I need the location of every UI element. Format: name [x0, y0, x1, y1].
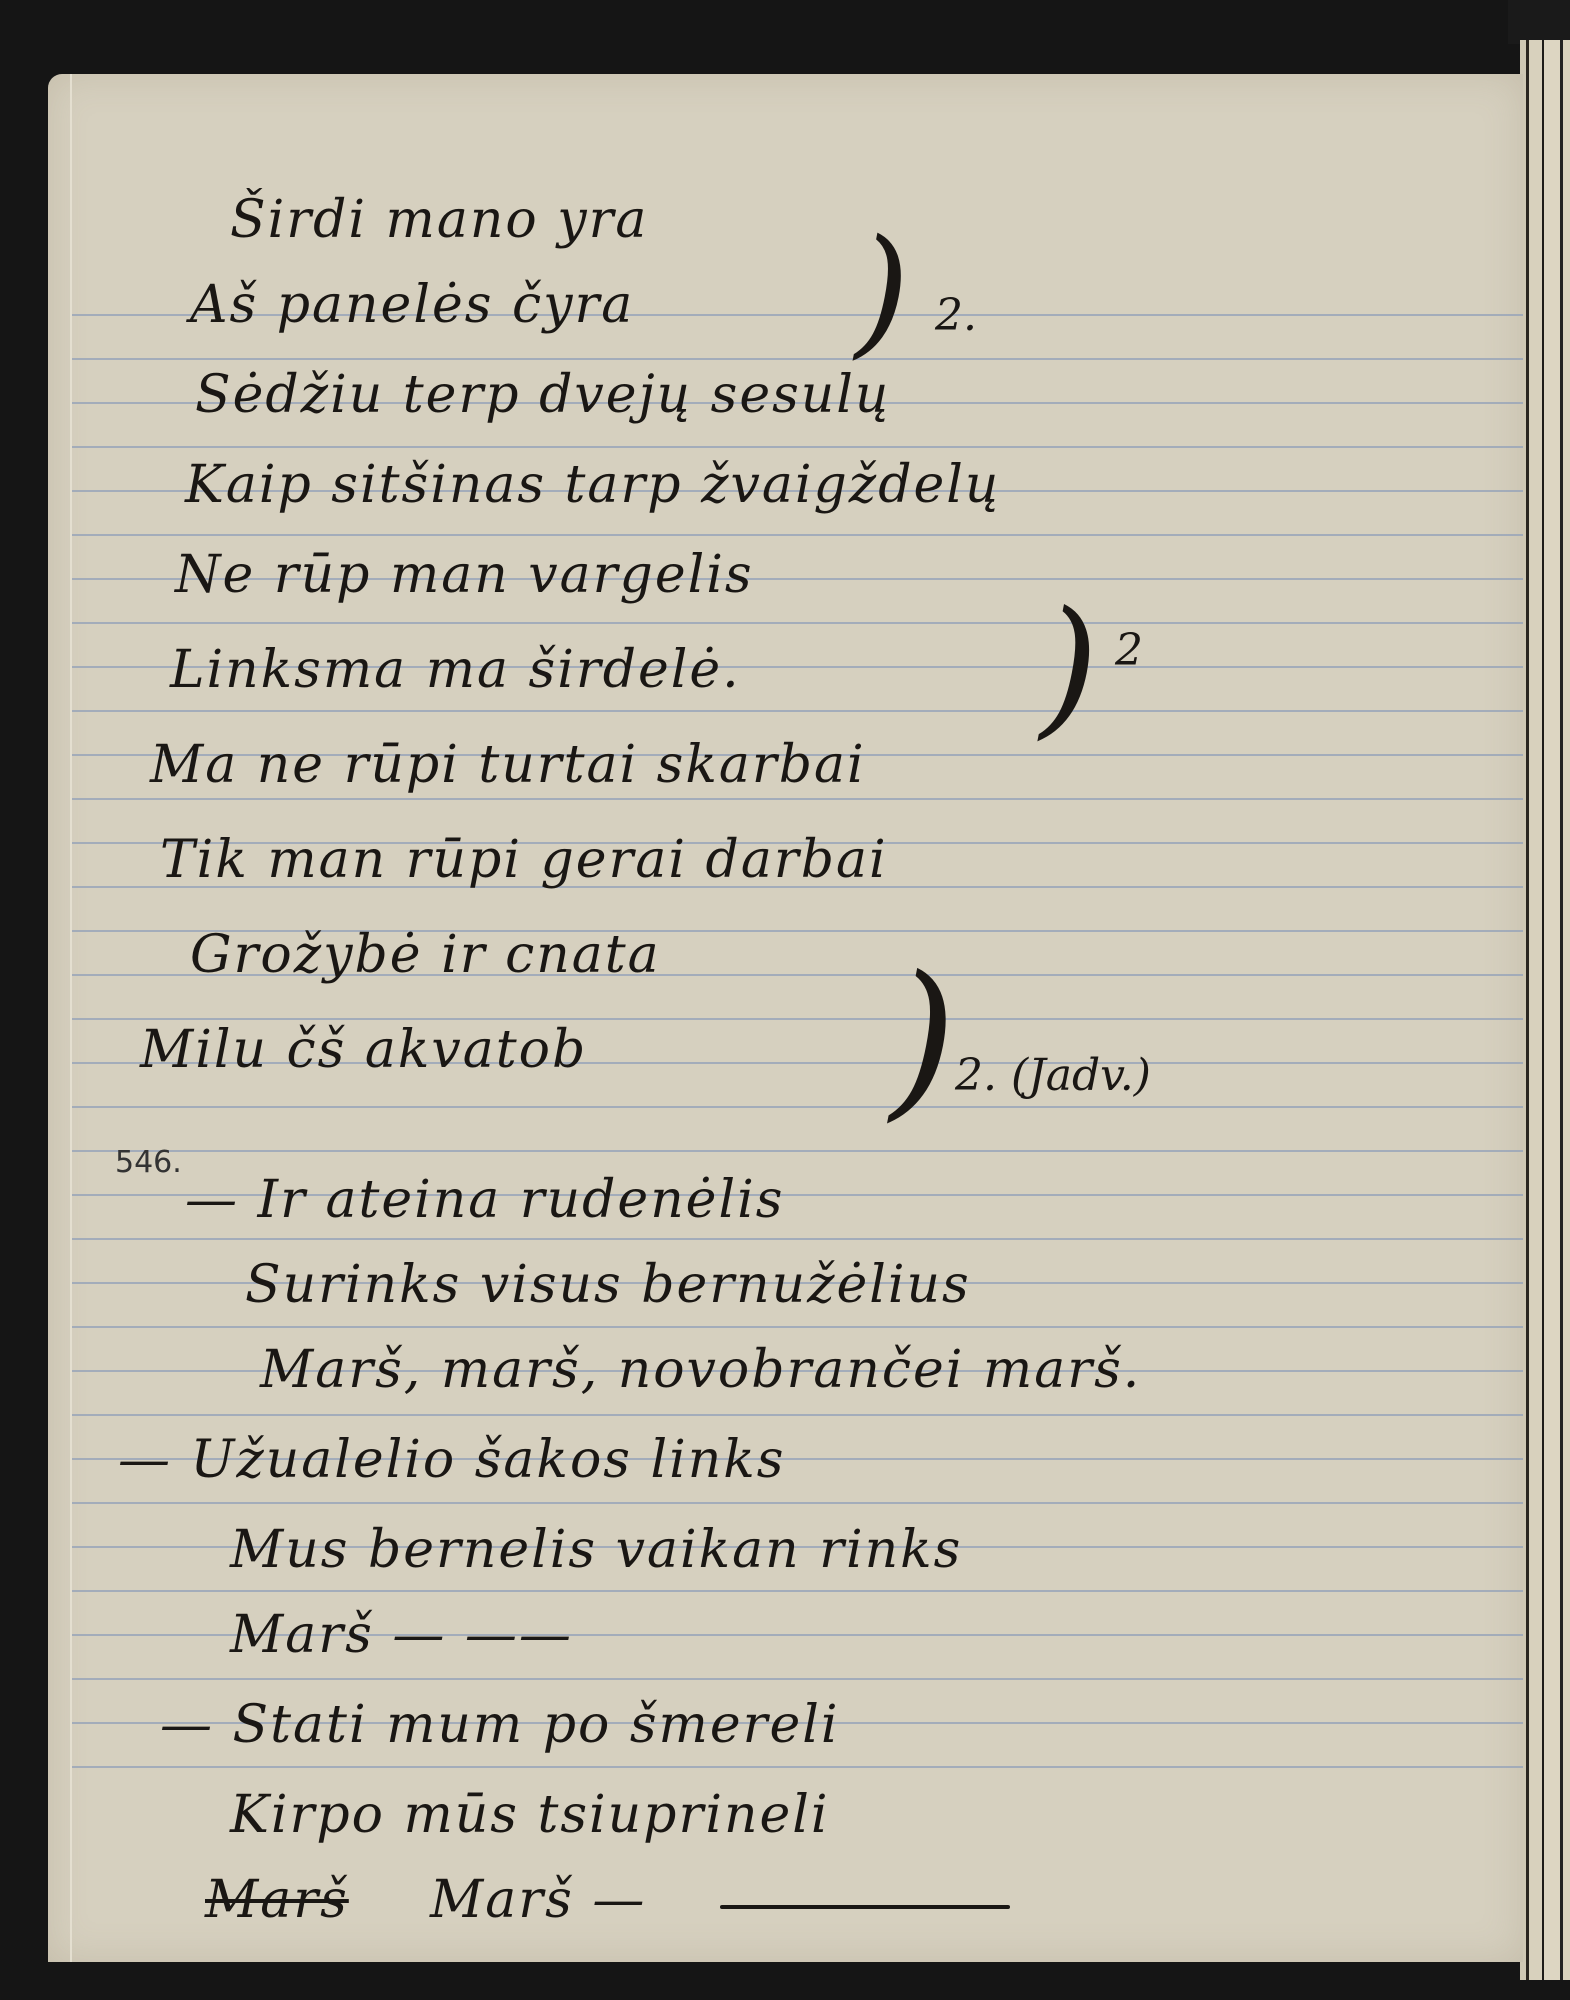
rule-line [72, 1414, 1523, 1416]
rule-line [72, 1590, 1523, 1592]
song2-line-7: — Stati mum po šmereli [160, 1695, 840, 1755]
song2-line-5: Mus bernelis vaikan rinks [230, 1520, 962, 1580]
rule-line [72, 710, 1523, 712]
notebook-page [48, 74, 1523, 1962]
song1-line-7: Ma ne rūpi turtai skarbai [150, 735, 866, 795]
rule-line [72, 1326, 1523, 1328]
rule-line [72, 446, 1523, 448]
rule-line [72, 1502, 1523, 1504]
binding-top [1508, 0, 1570, 44]
repeat-mark: 2. [935, 290, 977, 341]
song2-line-2: Surinks visus bernužėlius [245, 1255, 971, 1315]
rule-line [72, 534, 1523, 536]
song1-line-6: Linksma ma širdelė. [170, 640, 741, 700]
song-number: 546. [115, 1145, 182, 1180]
song1-line-8: Tik man rūpi gerai darbai [160, 830, 888, 890]
repeat-bracket: ) [890, 940, 956, 1138]
rule-line [72, 1766, 1523, 1768]
struck-word: Marš [205, 1870, 349, 1930]
song1-line-4: Kaip sitšinas tarp žvaigždelų [185, 455, 1000, 515]
notebook-spine [1520, 40, 1570, 1980]
song2-line-3: Marš, marš, novobrančei marš. [260, 1340, 1141, 1400]
song2-line-8: Kirpo mūs tsiuprineli [230, 1785, 829, 1845]
rule-line [72, 358, 1523, 360]
song2-line-1: — Ir ateina rudenėlis [185, 1170, 784, 1230]
song1-line-5: Ne rūp man vargelis [175, 545, 754, 605]
song2-line-4: — Užualelio šakos links [118, 1430, 785, 1490]
song1-line-3: Sėdžiu terp dvejų sesulų [195, 365, 890, 425]
song1-line-1: Širdi mano yra [230, 190, 648, 250]
rule-line [72, 1678, 1523, 1680]
song1-line-2: Aš panelės čyra [190, 275, 634, 335]
rule-line [72, 798, 1523, 800]
rule-line [72, 1238, 1523, 1240]
repeat-bracket: ) [1040, 580, 1099, 754]
song2-line-9: Marš — [430, 1870, 646, 1930]
repeat-mark: 2 [1115, 625, 1143, 676]
repeat-bracket: ) [855, 210, 910, 373]
song2-line-6: Marš — —— [230, 1605, 573, 1665]
repeat-mark: 2. (Jadv.) [955, 1050, 1151, 1101]
rule-line [72, 1150, 1523, 1152]
rule-line [72, 1106, 1523, 1108]
song1-line-9: Grožybė ir cnata [190, 925, 661, 985]
song1-line-10: Milu čš akvatob [140, 1020, 587, 1080]
rule-line [72, 622, 1523, 624]
continuation-dash [720, 1905, 1010, 1909]
